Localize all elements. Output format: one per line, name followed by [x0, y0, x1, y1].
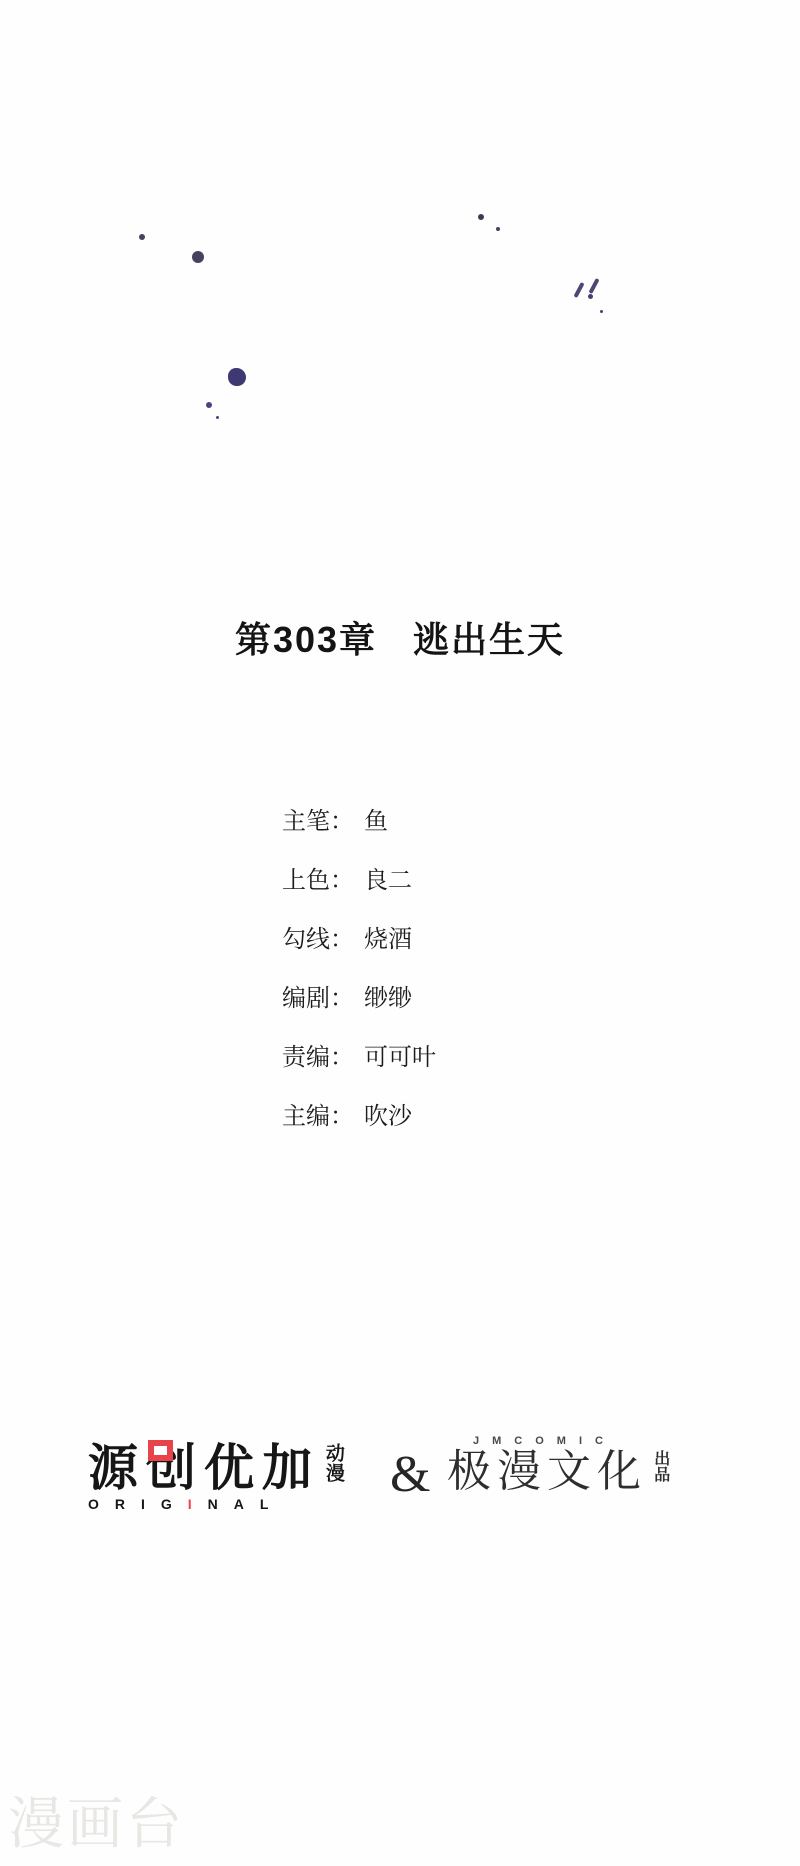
credit-role: 上色 — [282, 869, 330, 893]
subtitle-post: NAL — [208, 1496, 285, 1512]
chapter-name: 逃出生天 — [413, 619, 565, 660]
ink-splatter-dot — [139, 234, 145, 240]
ink-splatter-dot — [600, 310, 603, 313]
left-logo-suffix-vertical: 动漫 — [322, 1443, 343, 1483]
right-logo-wordmark: 极漫文化 — [447, 1450, 647, 1494]
comic-title-page[interactable]: 狼少女 养成记 第303章逃出生天 主笔：鱼 上色：良二 勾线：烧酒 编剧：缈缈 — [0, 0, 800, 1866]
credit-name: 烧酒 — [364, 928, 412, 952]
credit-role: 责编 — [282, 1046, 330, 1070]
left-logo-text: 源创优加 — [88, 1440, 320, 1496]
credit-name: 可可叶 — [364, 1046, 436, 1070]
title-char: 少 — [325, 153, 455, 315]
credits-list: 主笔：鱼 上色：良二 勾线：烧酒 编剧：缈缈 责编：可可叶 主编：吹沙 — [282, 810, 436, 1129]
credit-name: 缈缈 — [364, 987, 412, 1011]
ampersand-joiner: & — [390, 1445, 430, 1504]
series-title-line2: 养成记 — [232, 315, 561, 475]
ink-splatter-dot — [206, 402, 212, 408]
credit-colon: ： — [330, 928, 354, 952]
series-title-art: 狼少女 养成记 — [0, 0, 800, 520]
yuanchuang-youjia-logo: 源创优加 动漫 ORIGINAL — [88, 1443, 348, 1512]
title-char: 养 — [231, 327, 343, 478]
credit-name: 鱼 — [364, 810, 388, 834]
credit-row-editor: 责编：可可叶 — [282, 1046, 436, 1070]
credit-role: 主笔 — [282, 810, 330, 834]
credit-role: 勾线 — [282, 928, 330, 952]
credit-colon: ： — [330, 810, 354, 834]
credit-row-writer: 编剧：缈缈 — [282, 987, 436, 1011]
credit-name: 良二 — [364, 869, 412, 893]
jmcomic-overline: JMCOMIC — [473, 1435, 668, 1447]
ink-splatter-dot — [216, 416, 219, 419]
credit-row-colorist: 上色：良二 — [282, 869, 436, 893]
ink-splatter-dot — [588, 294, 593, 299]
credit-row-artist: 主笔：鱼 — [282, 810, 436, 834]
credit-role: 编剧 — [282, 987, 330, 1011]
credit-row-inker: 勾线：烧酒 — [282, 928, 436, 952]
credit-colon: ： — [330, 1046, 354, 1070]
red-square-accent — [148, 1440, 173, 1461]
credit-name: 吹沙 — [364, 1105, 412, 1129]
jimman-culture-logo: JMCOMIC 极漫文化 出品 — [447, 1435, 668, 1494]
ink-splatter-blob — [228, 368, 246, 386]
credit-colon: ： — [330, 869, 354, 893]
right-logo-suffix-vertical: 出品 — [651, 1450, 668, 1482]
manhuatai-watermark: 漫画台 — [8, 1796, 185, 1852]
ink-splatter-dot — [496, 227, 500, 231]
title-char: 记 — [441, 305, 569, 475]
publisher-logos: 源创优加 动漫 ORIGINAL & JMCOMIC 极漫文化 出品 — [0, 1435, 800, 1520]
subtitle-pre: ORIG — [88, 1496, 188, 1512]
subtitle-accent-letter: I — [188, 1496, 208, 1512]
credit-colon: ： — [330, 1105, 354, 1129]
credit-row-chief-editor: 主编：吹沙 — [282, 1105, 436, 1129]
chapter-heading: 第303章逃出生天 — [0, 620, 800, 660]
credit-colon: ： — [330, 987, 354, 1011]
chapter-number: 第303章 — [235, 619, 377, 660]
left-logo-subtitle: ORIGINAL — [88, 1496, 348, 1512]
title-char: 成 — [340, 333, 452, 469]
ink-splatter-dot — [192, 251, 204, 263]
credit-role: 主编 — [282, 1105, 330, 1129]
ink-splatter-dot — [478, 214, 484, 220]
left-logo-wordmark: 源创优加 — [88, 1443, 320, 1493]
